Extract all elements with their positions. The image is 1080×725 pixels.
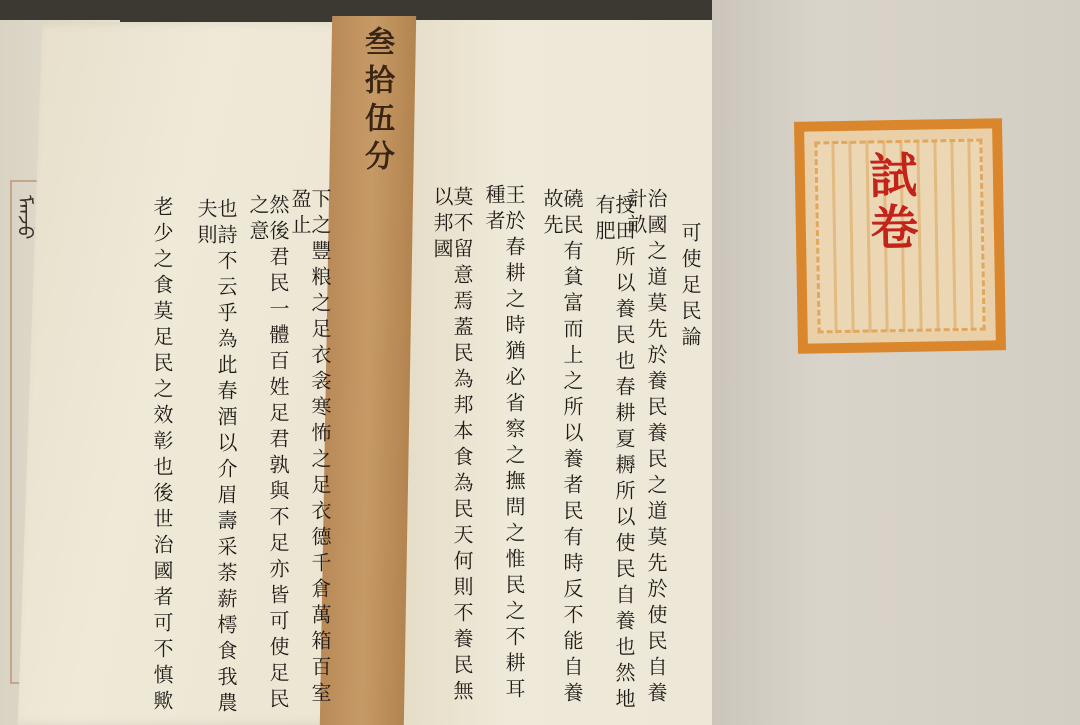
essay-column: 莫不留意焉蓋民為邦本食為民天何則不養民無以邦國	[432, 186, 472, 725]
essay-column: 也詩不云乎為此春酒以介眉壽采荼薪樗食我農夫則	[196, 198, 236, 725]
seal-title: 試卷	[855, 150, 926, 255]
essay-column: 授田所以養民也春耕夏耨所以使民自養也然地有肥	[594, 194, 634, 725]
score-text: 叁拾伍分	[354, 26, 398, 178]
photo-scene: ᠮᠠᠨᠵᡠ 叁拾伍分 可使足民論 治國之道莫先於養民養民之道莫先於使民自養計畝 …	[0, 0, 1080, 725]
exam-cover	[712, 0, 1080, 725]
essay-column: 下之豐粮之足衣衾寒怖之足衣德千倉萬箱百室盈止	[290, 188, 330, 725]
essay-column: 然後君民一體百姓足君孰與不足亦皆可使足民之意	[248, 194, 288, 725]
essay-column: 王於春耕之時猶必省察之撫問之惟民之不耕耳種者	[484, 184, 524, 725]
essay-title: 可使足民論	[680, 222, 700, 352]
essay-column: 磽民有貧富而上之所以養者民有時反不能自養故先	[542, 188, 582, 725]
exam-seal-stamp: 試卷	[794, 118, 1006, 354]
essay-column: 老少之食莫足民之效彰也後世治國者可不慎歟	[152, 196, 172, 716]
